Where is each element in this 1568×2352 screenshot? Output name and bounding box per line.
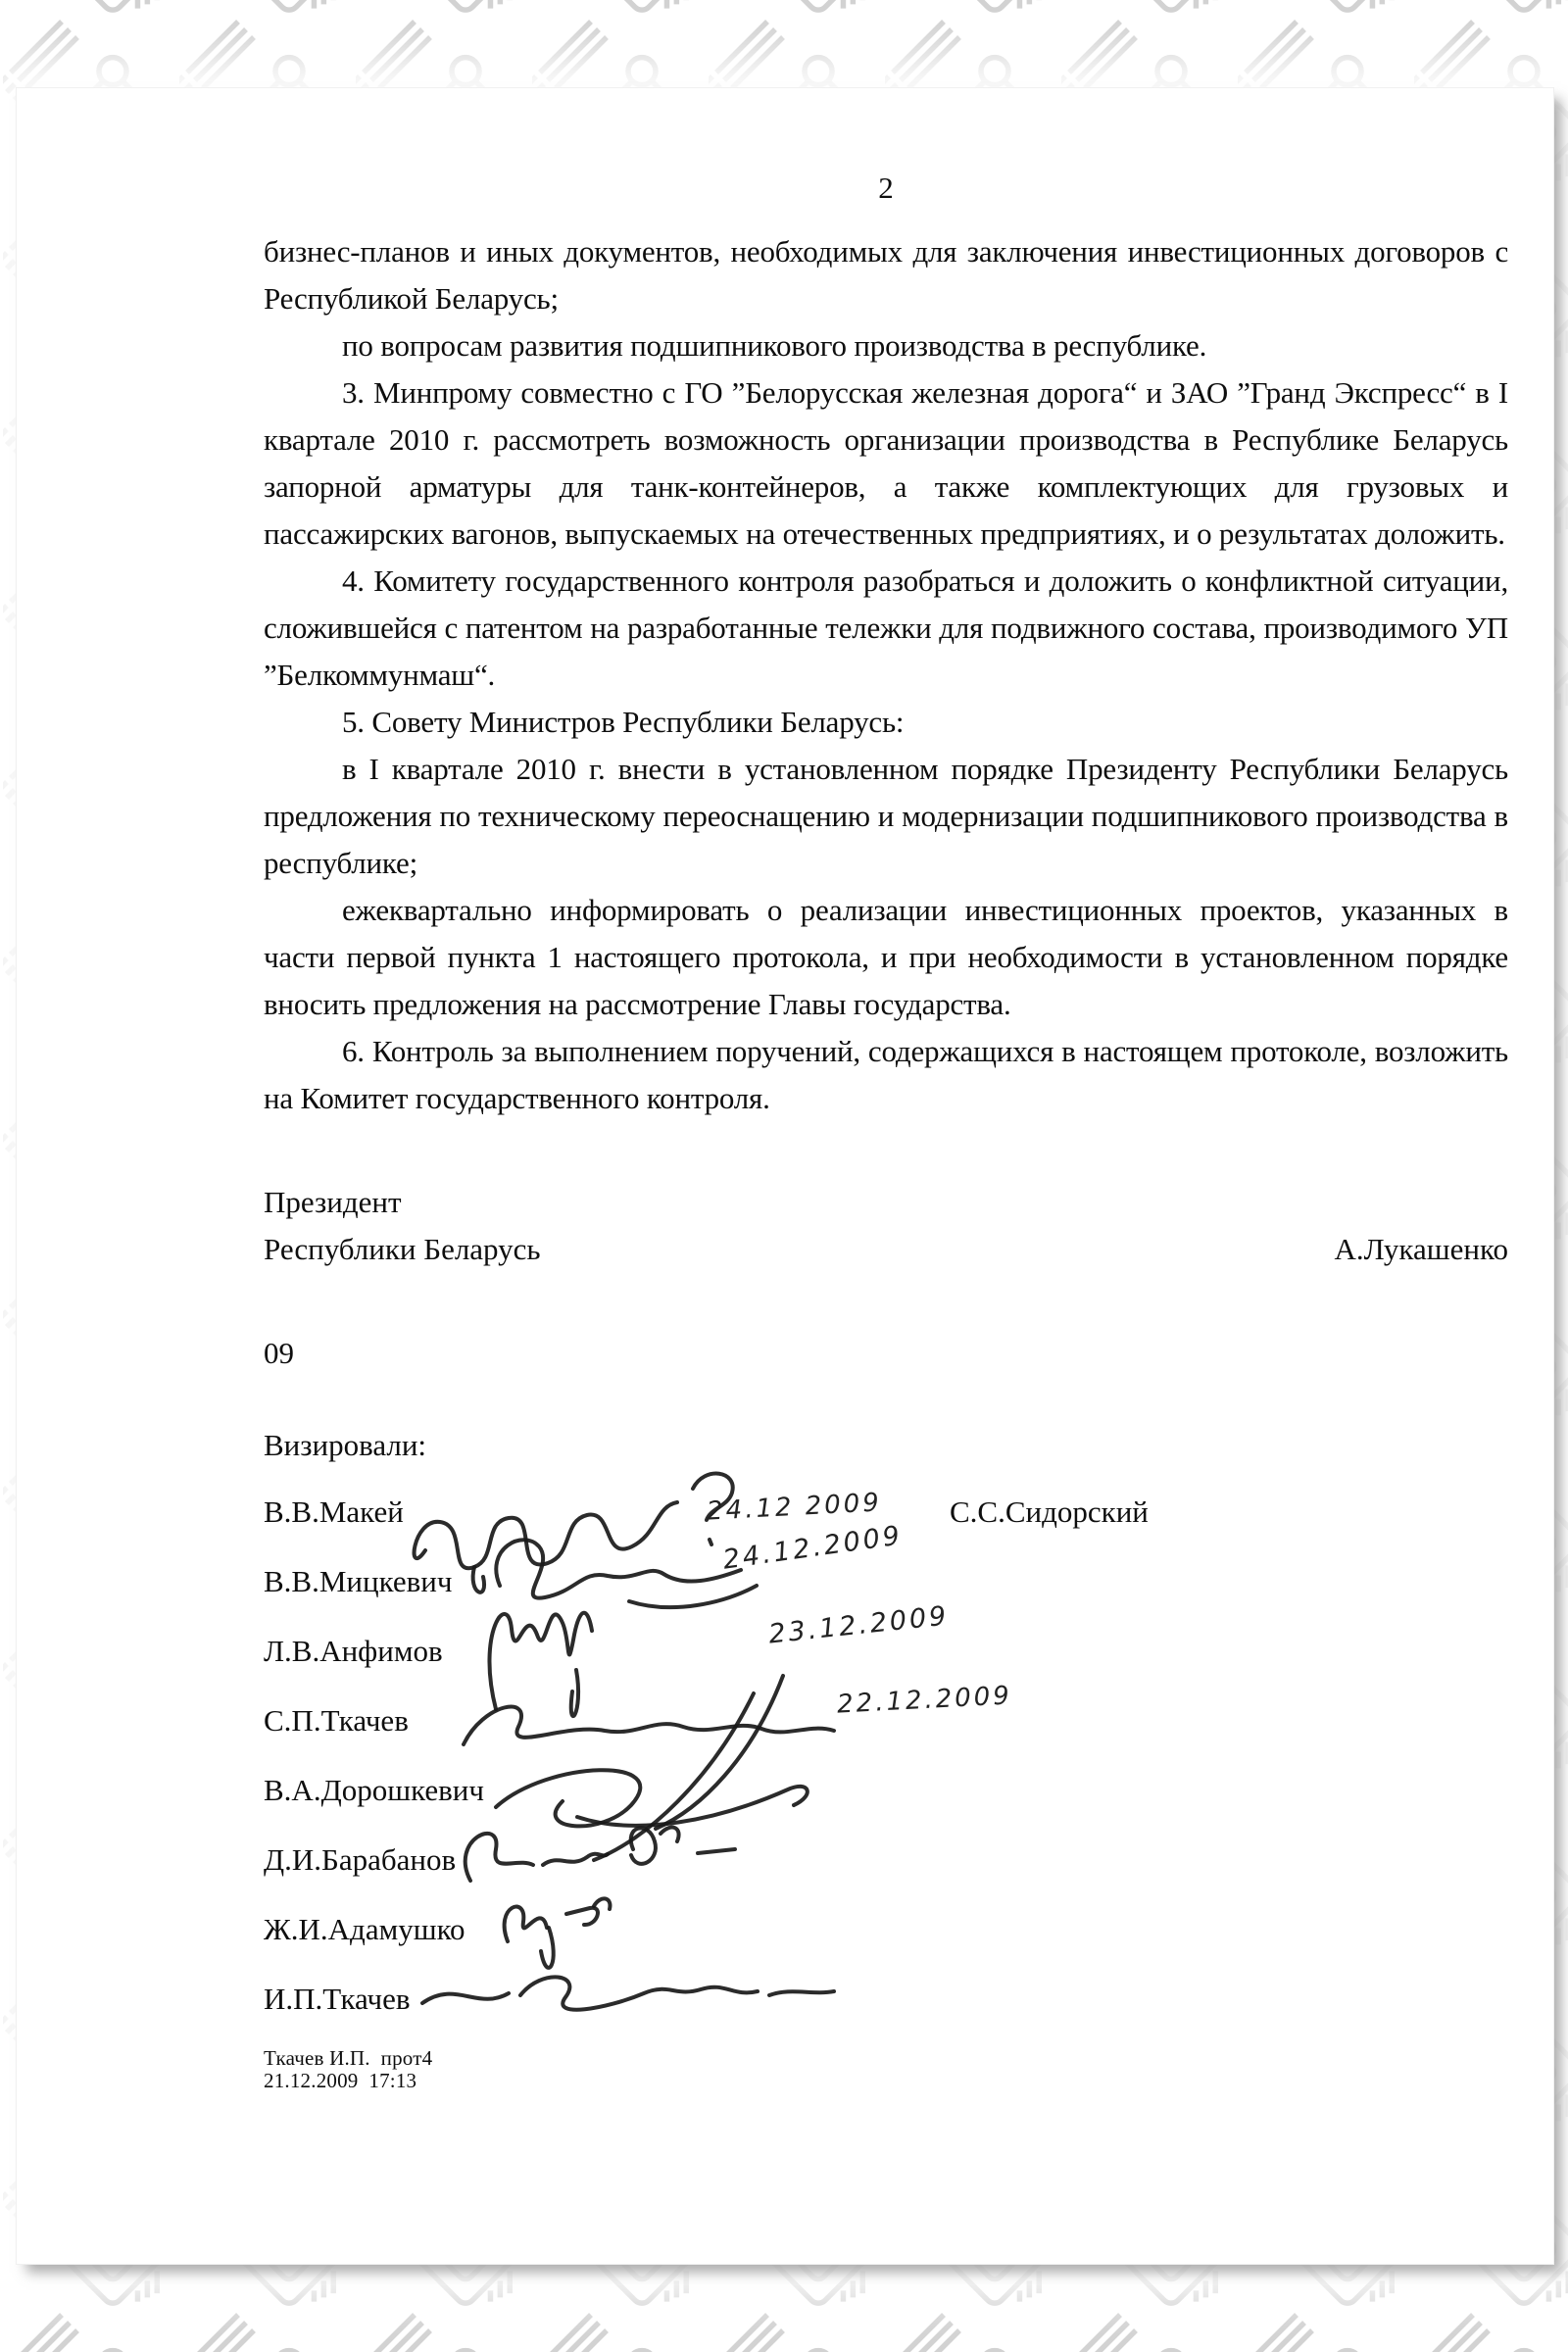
signer-name: В.В.Мицкевич xyxy=(264,1564,452,1599)
president-signature-block: Президент Республики Беларусь А.Лукашенк… xyxy=(264,1179,1508,1273)
body-paragraph: по вопросам развития подшипникового прои… xyxy=(264,322,1508,369)
body-paragraph: ежеквартально информировать о реализации… xyxy=(264,887,1508,1028)
handwritten-date: 22.12.2009 xyxy=(836,1681,1012,1719)
president-title: Президент Республики Беларусь xyxy=(264,1179,541,1273)
visa-row: Д.И.Барабанов xyxy=(264,1825,1508,1894)
signer-name: В.А.Дорошкевич xyxy=(264,1773,484,1808)
signer-name: Л.В.Анфимов xyxy=(264,1634,443,1669)
visa-row: Ж.И.Адамушко xyxy=(264,1894,1508,1964)
document-body: бизнес-планов и иных документов, необход… xyxy=(264,228,1508,1122)
visa-list: В.В.Макей 24.12 2009 С.С.Сидорский В.В.М… xyxy=(264,1477,1508,2033)
visa-row: С.П.Ткачев 22.12.2009 xyxy=(264,1686,1508,1755)
body-paragraph: бизнес-планов и иных документов, необход… xyxy=(264,228,1508,322)
body-paragraph: 3. Минпрому совместно с ГО ”Белорусская … xyxy=(264,369,1508,558)
signer-name: Ж.И.Адамушко xyxy=(264,1912,465,1947)
body-paragraph: 5. Совету Министров Республики Беларусь: xyxy=(264,699,1508,746)
signer-name: В.В.Макей xyxy=(264,1494,404,1530)
visa-row: И.П.Ткачев xyxy=(264,1964,1508,2033)
print-footer: Ткачев И.П. прот4 21.12.2009 17:13 xyxy=(264,2047,1508,2092)
visa-heading: Визировали: xyxy=(264,1422,1508,1469)
signer-name: Д.И.Барабанов xyxy=(264,1842,456,1878)
page-number: 2 xyxy=(264,172,1508,203)
page-code: 09 xyxy=(264,1330,1508,1377)
visa-row: В.А.Дорошкевич xyxy=(264,1755,1508,1825)
president-title-line1: Президент xyxy=(264,1179,541,1226)
body-paragraph: 6. Контроль за выполнением поручений, со… xyxy=(264,1028,1508,1122)
president-name: А.Лукашенко xyxy=(1335,1226,1508,1273)
print-footer-line1: Ткачев И.П. прот4 xyxy=(264,2047,1508,2070)
handwritten-date: 24.12 2009 xyxy=(706,1488,882,1526)
countersigner-name: С.С.Сидорский xyxy=(950,1494,1149,1530)
signer-name: И.П.Ткачев xyxy=(264,1982,411,2017)
visa-row: Л.В.Анфимов 23.12.2009 xyxy=(264,1616,1508,1686)
president-title-line2: Республики Беларусь xyxy=(264,1226,541,1273)
page-sheet: 2 бизнес-планов и иных документов, необх… xyxy=(16,87,1554,2265)
print-footer-line2: 21.12.2009 17:13 xyxy=(264,2070,1508,2092)
visa-row: В.В.Мицкевич 24.12.2009 xyxy=(264,1546,1508,1616)
body-paragraph: 4. Комитету государственного контроля ра… xyxy=(264,558,1508,699)
body-paragraph: в I квартале 2010 г. внести в установлен… xyxy=(264,746,1508,887)
signer-name: С.П.Ткачев xyxy=(264,1703,409,1739)
